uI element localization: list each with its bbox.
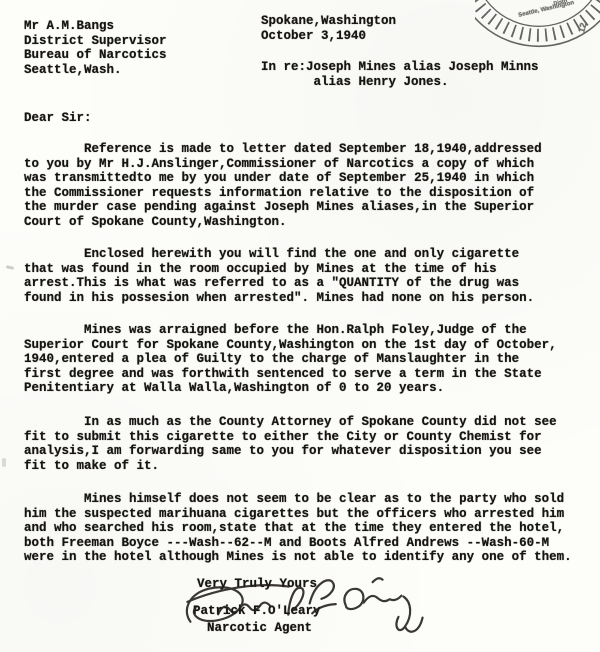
scan-smudge [2, 458, 6, 467]
paragraph-enclosed-cigarette: Enclosed herewith you will find the one … [24, 247, 584, 305]
paragraph-hotel-suspects: Mines himself does not seem to be clear … [24, 492, 590, 565]
paragraph-reference: Reference is made to letter dated Septem… [24, 142, 584, 229]
stamp-text-city: Seattle, Washington [518, 0, 575, 19]
recipient-address: Mr A.M.Bangs District Supervisor Bureau … [24, 19, 167, 77]
dateline: Spokane,Washington October 3,1940 [261, 14, 396, 43]
salutation: Dear Sir: [24, 111, 92, 126]
paragraph-arraignment: Mines was arraigned before the Hon.Ralph… [24, 323, 589, 396]
in-re-subject: In re:Joseph Mines alias Joseph Minns al… [261, 60, 539, 89]
paragraph-forwarding: In as much as the County Attorney of Spo… [24, 415, 584, 473]
scan-smudge [6, 265, 14, 270]
letter-page: Mr A.M.Bangs District Supervisor Bureau … [0, 0, 600, 652]
signature-script [160, 570, 440, 652]
date-stamp-icon: Distri Seattle, Washington 12 [475, 0, 600, 62]
